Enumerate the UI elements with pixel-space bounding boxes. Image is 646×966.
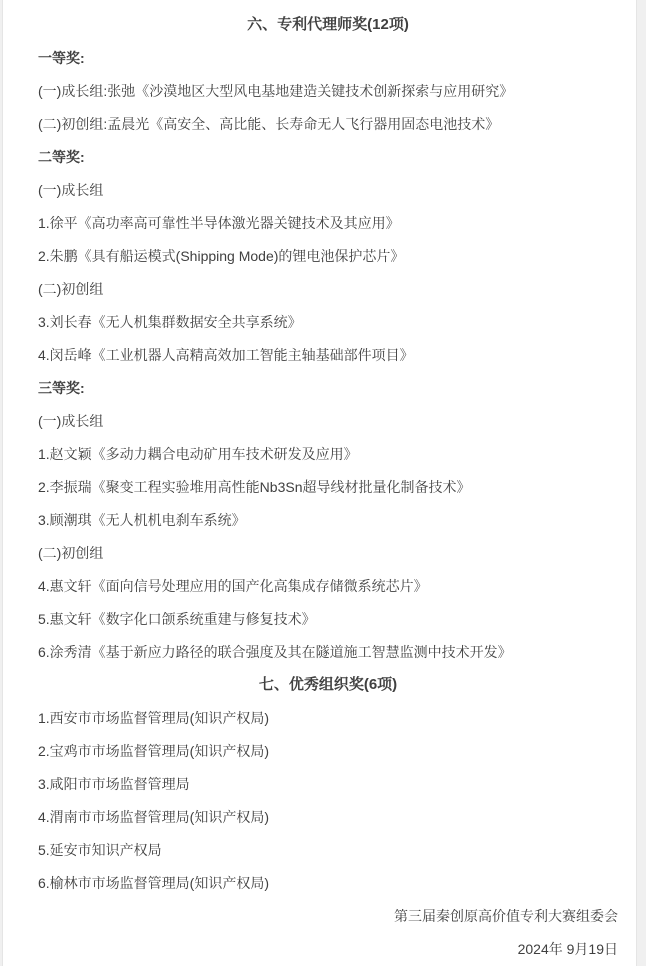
section-title-patent-agent-award: 六、专利代理师奖(12项) — [38, 14, 618, 36]
second-prize-heading: 二等奖: — [38, 146, 618, 168]
award-item: 1.赵文颖《多动力耦合电动矿用车技术研发及应用》 — [38, 443, 618, 465]
award-item: 1.徐平《高功率高可靠性半导体激光器关键技术及其应用》 — [38, 212, 618, 234]
organization-item: 4.渭南市市场监督管理局(知识产权局) — [38, 806, 618, 828]
third-prize-heading: 三等奖: — [38, 377, 618, 399]
group-label: (一)成长组 — [38, 179, 618, 201]
group-label: (二)初创组 — [38, 278, 618, 300]
article-page: 六、专利代理师奖(12项) 一等奖: (一)成长组:张弛《沙漠地区大型风电基地建… — [0, 0, 646, 966]
award-item: 4.闵岳峰《工业机器人高精高效加工智能主轴基础部件项目》 — [38, 344, 618, 366]
group-label: (一)成长组 — [38, 410, 618, 432]
organization-item: 3.咸阳市市场监督管理局 — [38, 773, 618, 795]
award-item: 6.涂秀清《基于新应力路径的联合强度及其在隧道施工智慧监测中技术开发》 — [38, 641, 618, 663]
first-prize-heading: 一等奖: — [38, 47, 618, 69]
award-item: 4.惠文轩《面向信号处理应用的国产化高集成存储微系统芯片》 — [38, 575, 618, 597]
award-item: (一)成长组:张弛《沙漠地区大型风电基地建造关键技术创新探索与应用研究》 — [38, 80, 618, 102]
article-content: 六、专利代理师奖(12项) 一等奖: (一)成长组:张弛《沙漠地区大型风电基地建… — [2, 0, 637, 966]
organization-item: 2.宝鸡市市场监督管理局(知识产权局) — [38, 740, 618, 762]
award-item: 2.李振瑞《聚变工程实验堆用高性能Nb3Sn超导线材批量化制备技术》 — [38, 476, 618, 498]
signature: 第三届秦创原高价值专利大赛组委会 — [38, 905, 618, 927]
award-item: 5.惠文轩《数字化口颌系统重建与修复技术》 — [38, 608, 618, 630]
award-item: (二)初创组:孟晨光《高安全、高比能、长寿命无人飞行器用固态电池技术》 — [38, 113, 618, 135]
award-item: 3.刘长春《无人机集群数据安全共享系统》 — [38, 311, 618, 333]
award-item: 2.朱鹏《具有船运模式(Shipping Mode)的锂电池保护芯片》 — [38, 245, 618, 267]
organization-item: 6.榆林市市场监督管理局(知识产权局) — [38, 872, 618, 894]
group-label: (二)初创组 — [38, 542, 618, 564]
organization-item: 5.延安市知识产权局 — [38, 839, 618, 861]
section-title-organization-award: 七、优秀组织奖(6项) — [38, 674, 618, 696]
award-item: 3.顾潮琪《无人机机电刹车系统》 — [38, 509, 618, 531]
organization-item: 1.西安市市场监督管理局(知识产权局) — [38, 707, 618, 729]
date: 2024年 9月19日 — [38, 938, 618, 960]
